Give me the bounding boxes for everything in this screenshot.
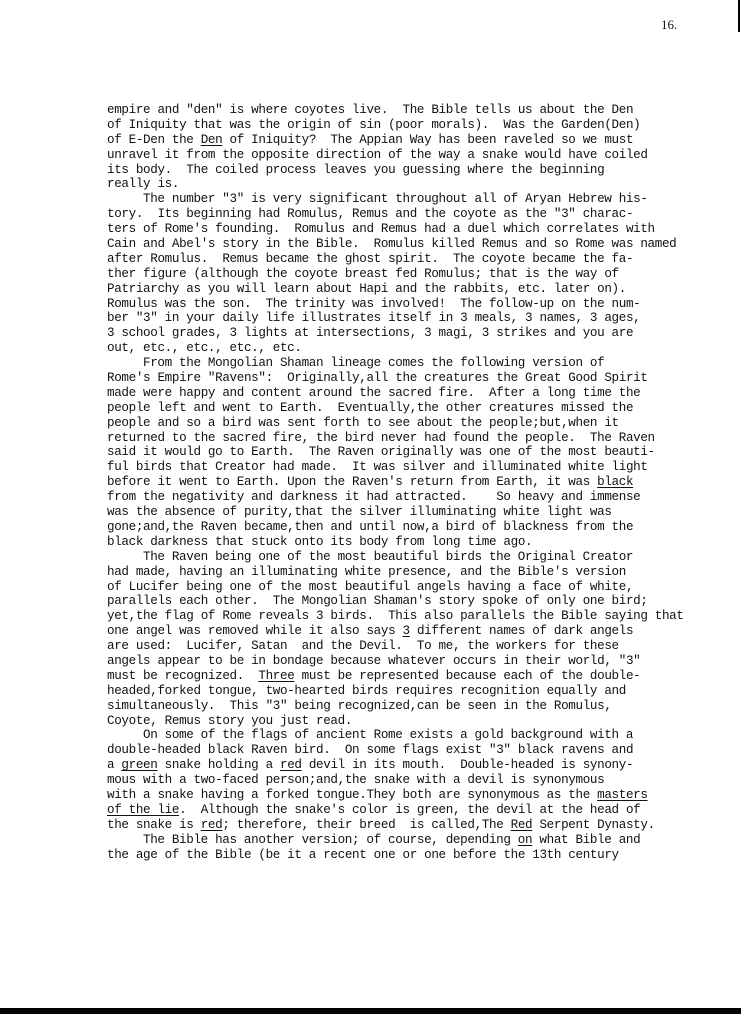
text-span: before it went to Earth. Upon the Raven'… — [107, 475, 597, 489]
text-line: was the absence of purity,that the silve… — [107, 505, 741, 520]
text-line: people left and went to Earth. Eventuall… — [107, 401, 741, 416]
text-line: out, etc., etc., etc., etc. — [107, 341, 741, 356]
underlined-text: red — [201, 818, 223, 832]
text-line: before it went to Earth. Upon the Raven'… — [107, 475, 741, 490]
text-line: black darkness that stuck onto its body … — [107, 535, 741, 550]
text-span: must be recognized. — [107, 669, 258, 683]
text-line: a green snake holding a red devil in its… — [107, 758, 741, 773]
text-line: empire and "den" is where coyotes live. … — [107, 103, 741, 118]
text-span: of E-Den the — [107, 133, 201, 147]
text-line: mous with a two-faced person;and,the sna… — [107, 773, 741, 788]
underlined-text: 3 — [403, 624, 410, 638]
text-line: From the Mongolian Shaman lineage comes … — [107, 356, 741, 371]
text-line: Cain and Abel's story in the Bible. Romu… — [107, 237, 741, 252]
page-edge-mark — [738, 0, 740, 32]
text-span: snake holding a — [157, 758, 280, 772]
text-line: said it would go to Earth. The Raven ori… — [107, 445, 741, 460]
underlined-text: of the lie — [107, 803, 179, 817]
text-line: ther figure (although the coyote breast … — [107, 267, 741, 282]
text-line: Patriarchy as you will learn about Hapi … — [107, 282, 741, 297]
text-line: from the negativity and darkness it had … — [107, 490, 741, 505]
text-line: headed,forked tongue, two-hearted birds … — [107, 684, 741, 699]
text-span: of Iniquity? The Appian Way has been rav… — [222, 133, 633, 147]
underlined-text: Den — [201, 133, 223, 147]
text-line: made were happy and content around the s… — [107, 386, 741, 401]
text-line: must be recognized. Three must be repres… — [107, 669, 741, 684]
text-span: a — [107, 758, 121, 772]
text-line: of Iniquity that was the origin of sin (… — [107, 118, 741, 133]
text-line: of E-Den the Den of Iniquity? The Appian… — [107, 133, 741, 148]
underlined-text: green — [121, 758, 157, 772]
text-span: Serpent Dynasty. — [532, 818, 655, 832]
text-span: what Bible and — [532, 833, 640, 847]
text-line: really is. — [107, 177, 741, 192]
text-span: one angel was removed while it also says — [107, 624, 403, 638]
text-span: . Although the snake's color is green, t… — [179, 803, 640, 817]
scan-bottom-border — [0, 1008, 741, 1014]
text-line: its body. The coiled process leaves you … — [107, 163, 741, 178]
text-line: angels appear to be in bondage because w… — [107, 654, 741, 669]
text-line: returned to the sacred fire, the bird ne… — [107, 431, 741, 446]
underlined-text: on — [518, 833, 532, 847]
text-line: The number "3" is very significant throu… — [107, 192, 741, 207]
text-line: ful birds that Creator had made. It was … — [107, 460, 741, 475]
text-span: ; therefore, their breed is called,The — [222, 818, 510, 832]
text-line: ber "3" in your daily life illustrates i… — [107, 311, 741, 326]
text-line: the age of the Bible (be it a recent one… — [107, 848, 741, 863]
text-line: after Romulus. Remus became the ghost sp… — [107, 252, 741, 267]
text-line: double-headed black Raven bird. On some … — [107, 743, 741, 758]
text-line: are used: Lucifer, Satan and the Devil. … — [107, 639, 741, 654]
text-span: devil in its mouth. Double-headed is syn… — [302, 758, 634, 772]
text-line: The Bible has another version; of course… — [107, 833, 741, 848]
page-number: 16. — [661, 17, 677, 33]
underlined-text: Three — [258, 669, 294, 683]
text-line: of Lucifer being one of the most beautif… — [107, 580, 741, 595]
text-line: simultaneously. This "3" being recognize… — [107, 699, 741, 714]
underlined-text: black — [597, 475, 633, 489]
underlined-text: Red — [511, 818, 533, 832]
text-line: yet,the flag of Rome reveals 3 birds. Th… — [107, 609, 741, 624]
text-line: one angel was removed while it also says… — [107, 624, 741, 639]
text-span: must be represented because each of the … — [294, 669, 640, 683]
text-line: people and so a bird was sent forth to s… — [107, 416, 741, 431]
text-line: Romulus was the son. The trinity was inv… — [107, 297, 741, 312]
text-line: gone;and,the Raven became,then and until… — [107, 520, 741, 535]
document-body: empire and "den" is where coyotes live. … — [107, 103, 741, 862]
text-line: Rome's Empire "Ravens": Originally,all t… — [107, 371, 741, 386]
text-span: the snake is — [107, 818, 201, 832]
text-line: ters of Rome's founding. Romulus and Rem… — [107, 222, 741, 237]
text-line: Coyote, Remus story you just read. — [107, 714, 741, 729]
text-line: the snake is red; therefore, their breed… — [107, 818, 741, 833]
text-span: with a snake having a forked tongue.They… — [107, 788, 597, 802]
text-line: The Raven being one of the most beautifu… — [107, 550, 741, 565]
text-line: with a snake having a forked tongue.They… — [107, 788, 741, 803]
text-line: of the lie. Although the snake's color i… — [107, 803, 741, 818]
text-line: unravel it from the opposite direction o… — [107, 148, 741, 163]
text-line: parallels each other. The Mongolian Sham… — [107, 594, 741, 609]
text-span: different names of dark angels — [410, 624, 633, 638]
text-line: tory. Its beginning had Romulus, Remus a… — [107, 207, 741, 222]
text-line: On some of the flags of ancient Rome exi… — [107, 728, 741, 743]
text-line: 3 school grades, 3 lights at intersectio… — [107, 326, 741, 341]
underlined-text: masters — [597, 788, 647, 802]
text-line: had made, having an illuminating white p… — [107, 565, 741, 580]
underlined-text: red — [280, 758, 302, 772]
text-span: The Bible has another version; of course… — [143, 833, 518, 847]
